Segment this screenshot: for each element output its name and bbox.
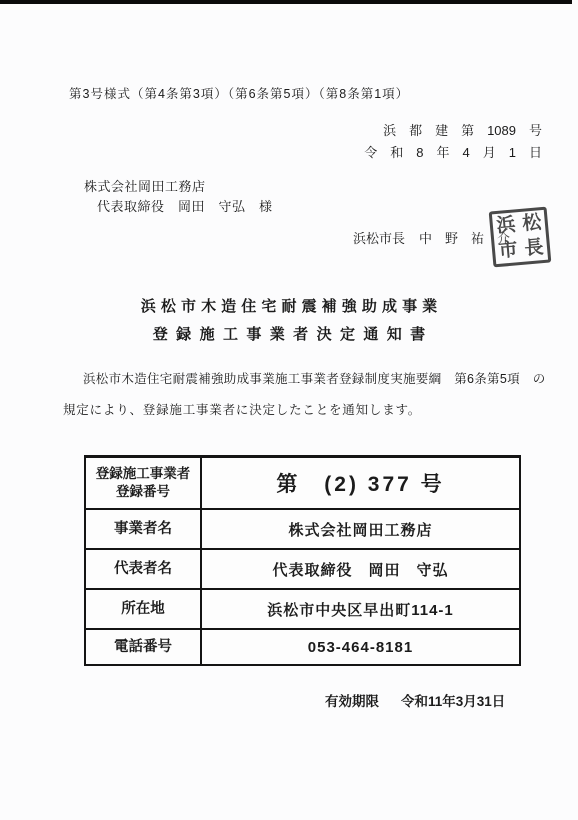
registration-table: 登録施工事業者 登録番号 第 (2) 377 号 事業者名 株式会社岡田工務店 …: [84, 455, 521, 666]
issuer-line: 浜松市長 中 野 祐 介: [353, 228, 510, 247]
document-title: 浜松市木造住宅耐震補強助成事業 登録施工事業者決定通知書: [0, 295, 578, 344]
mayor-seal-stamp: 浜 松 市 長: [489, 207, 552, 268]
form-number-line: 第3号様式（第4条第3項）（第6条第5項）（第8条第1項）: [69, 84, 409, 102]
scan-artifact-top-bar: [0, 0, 572, 4]
table-row-label: 登録施工事業者 登録番号: [86, 458, 202, 508]
body-text-line2: 規定により、登録施工事業者に決定したことを通知します。: [63, 400, 421, 418]
table-row: 事業者名 株式会社岡田工務店: [86, 508, 519, 548]
table-row-value: 浜松市中央区早出町114-1: [202, 590, 519, 628]
table-row-value: 株式会社岡田工務店: [202, 510, 519, 548]
validity-value: 令和11年3月31日: [401, 690, 505, 710]
scanned-document-page: 第3号様式（第4条第3項）（第6条第5項）（第8条第1項） 浜 都 建 第 10…: [0, 0, 578, 820]
issuer-title: 浜松市長: [353, 228, 405, 247]
addressee-company: 株式会社岡田工務店: [84, 176, 206, 195]
table-row-label: 事業者名: [86, 510, 202, 548]
body-text-line1: 浜松市木造住宅耐震補強助成事業施工事業者登録制度実施要綱 第6条第5項 の: [83, 369, 546, 387]
table-row-label: 所在地: [86, 590, 202, 628]
table-row-value: 053-464-8181: [202, 630, 519, 664]
seal-char-bl: 市: [498, 240, 519, 261]
table-row-label: 電話番号: [86, 630, 202, 664]
table-row-value: 第 (2) 377 号: [202, 458, 519, 508]
document-title-line1: 浜松市木造住宅耐震補強助成事業: [5, 295, 578, 316]
issue-date: 令 和 8 年 4 月 1 日: [364, 142, 542, 164]
seal-char-br: 長: [524, 238, 545, 259]
addressee-representative: 代表取締役 岡田 守弘 様: [97, 196, 273, 215]
seal-char-tl: 浜: [496, 215, 517, 236]
table-row: 代表者名 代表取締役 岡田 守弘: [86, 548, 519, 588]
document-title-line2: 登録施工事業者決定通知書: [8, 323, 578, 344]
seal-char-tr: 松: [522, 213, 543, 234]
validity-line: 有効期限 令和11年3月31日: [325, 690, 505, 710]
table-row-label: 代表者名: [86, 550, 202, 588]
table-row-value: 代表取締役 岡田 守弘: [202, 550, 519, 588]
reference-block: 浜 都 建 第 1089 号 令 和 8 年 4 月 1 日: [364, 120, 542, 164]
table-row: 所在地 浜松市中央区早出町114-1: [86, 588, 519, 628]
table-row: 電話番号 053-464-8181: [86, 628, 519, 664]
table-row: 登録施工事業者 登録番号 第 (2) 377 号: [86, 458, 519, 508]
reference-number: 浜 都 建 第 1089 号: [364, 120, 542, 142]
validity-label: 有効期限: [325, 690, 379, 710]
